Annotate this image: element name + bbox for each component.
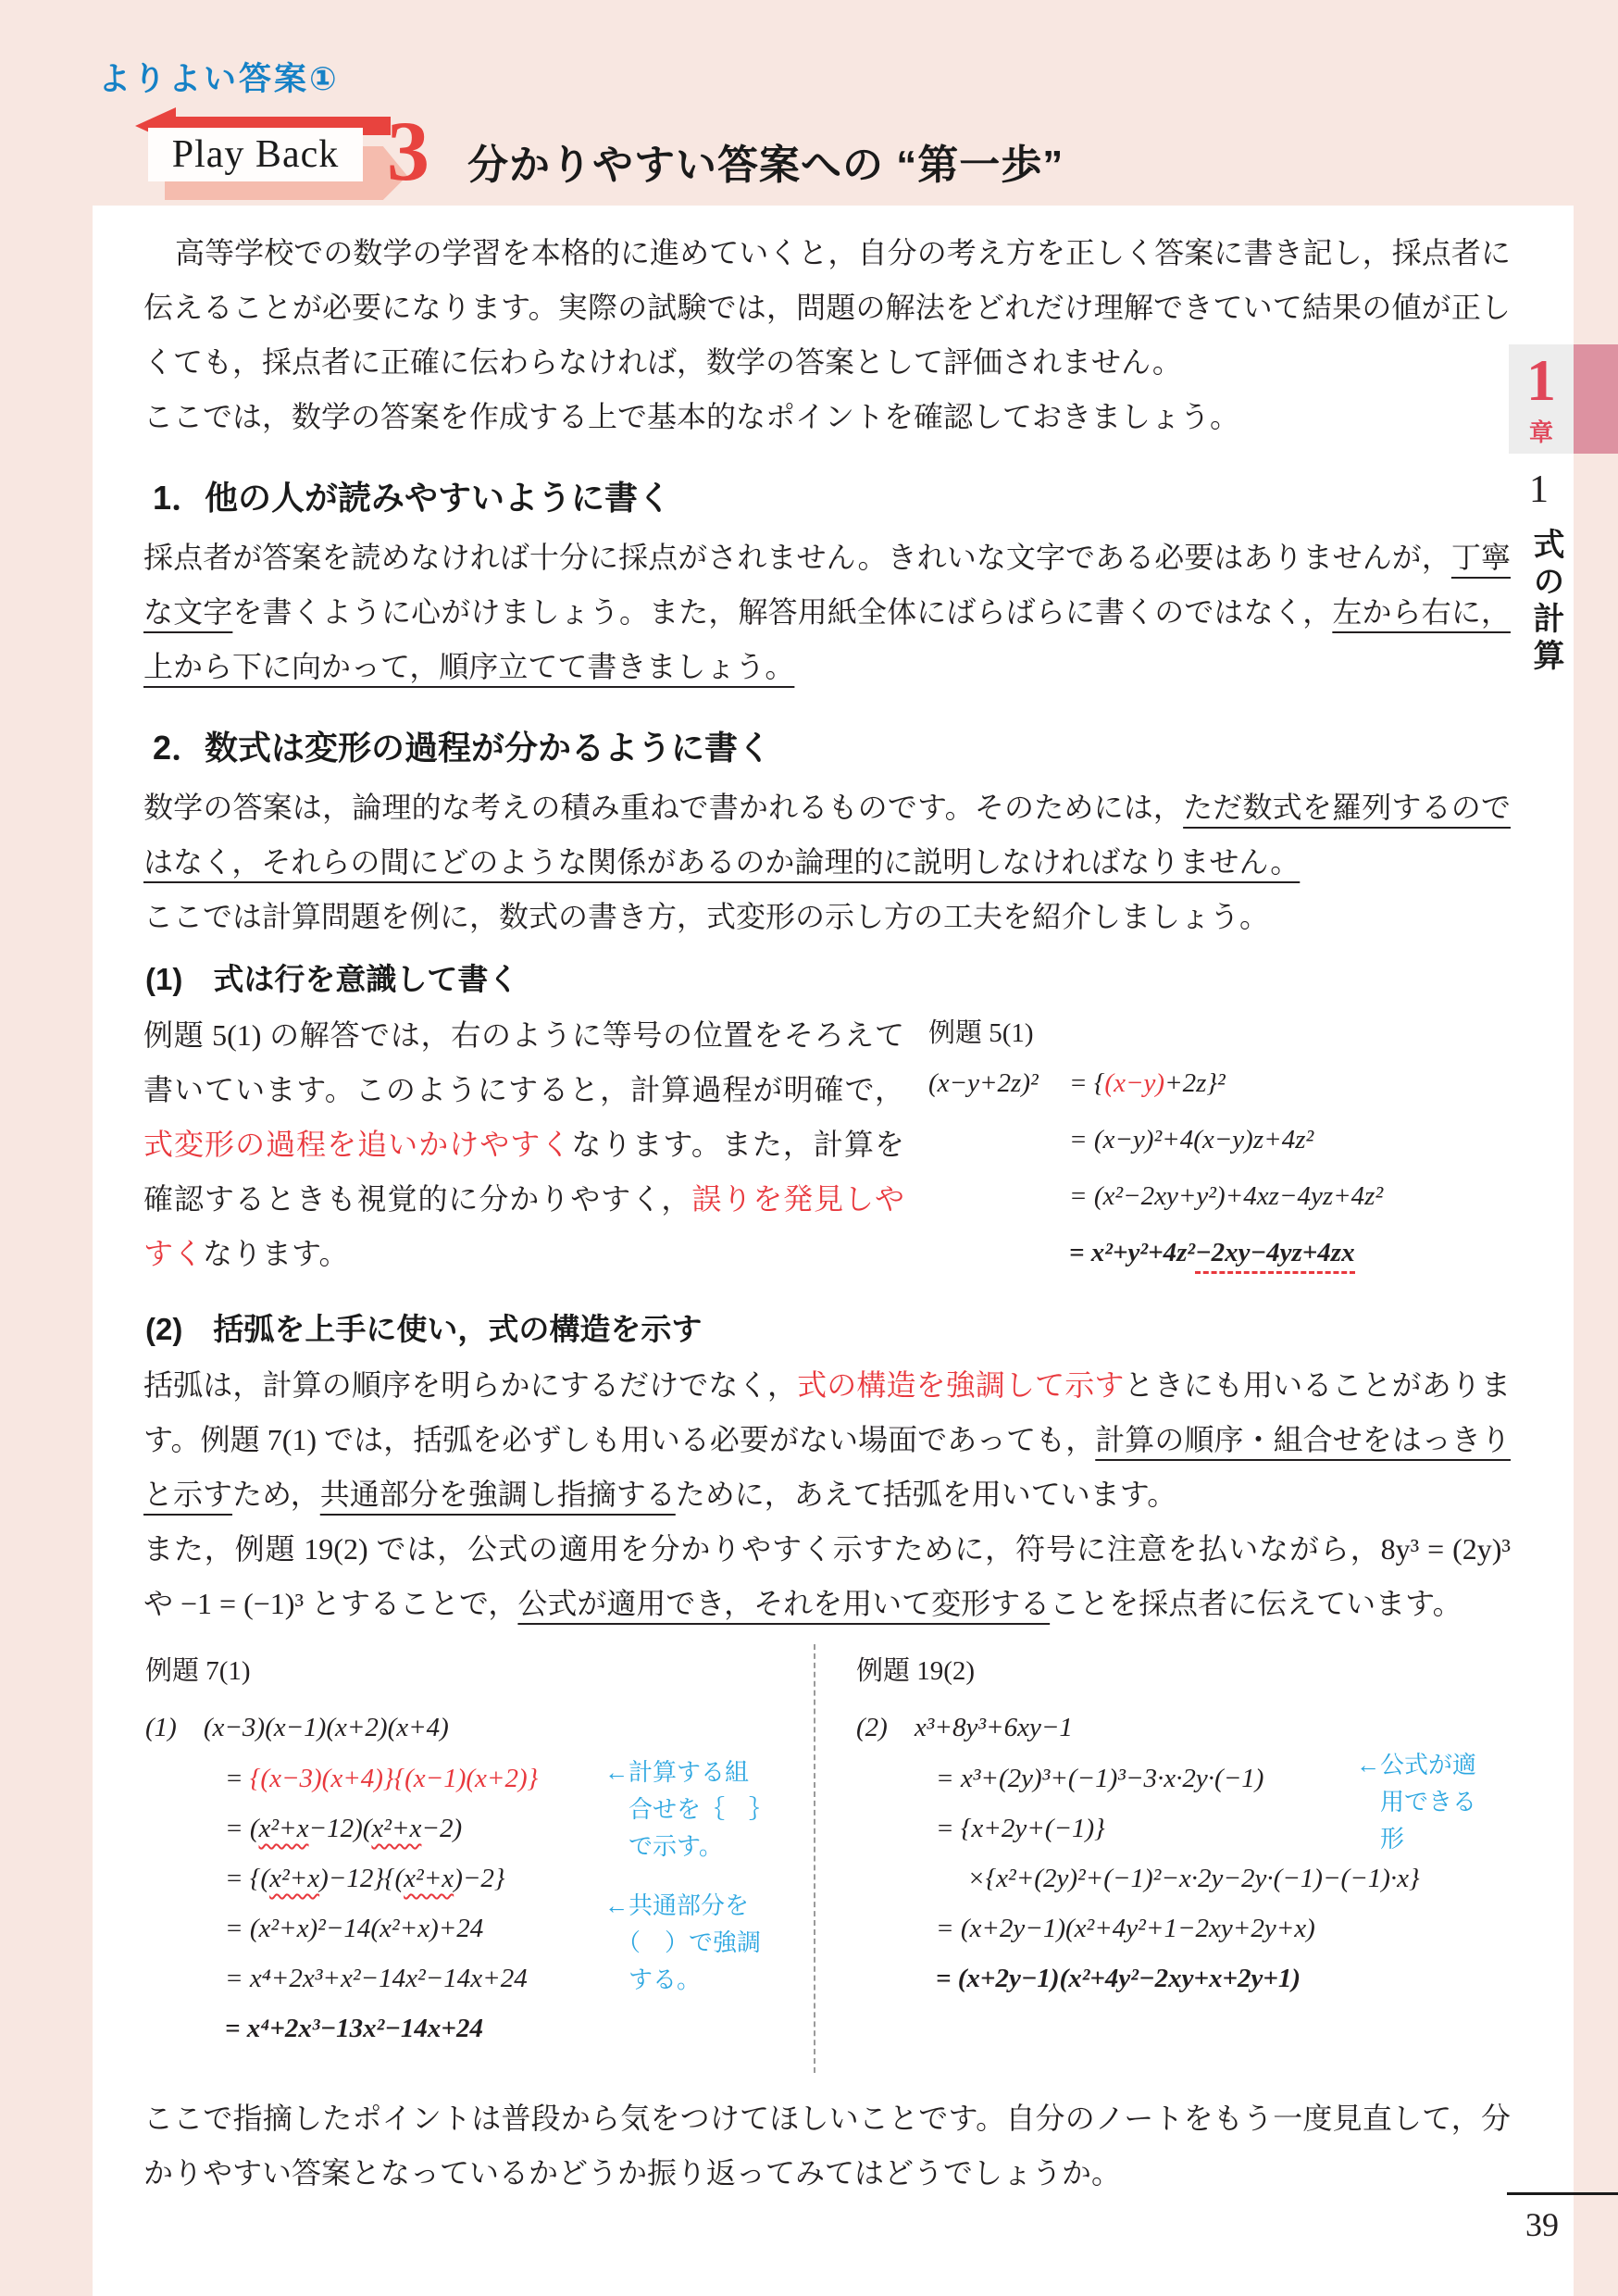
sub-2-body: 括弧は，計算の順序を明らかにするだけでなく，式の構造を強調して示すときにも用いる… [143, 1358, 1511, 1522]
sub-1-body: 例題 5(1) の解答では，右のように等号の位置をそろえて書いています。このよう… [143, 1008, 904, 1294]
example-19-box: 例題 19(2) (2) x³+8y³+6xy−1= x³+(2y)³+(−1)… [815, 1644, 1511, 2073]
page-number: 39 [1525, 2205, 1559, 2244]
example-19-note-formula: ←公式が適 用できる 形 [1356, 1746, 1476, 1857]
example-19-label: 例題 19(2) [856, 1650, 1511, 1688]
example-5-label: 例題 5(1) [928, 1012, 1511, 1050]
section-title-vertical: 式の計算 [1524, 528, 1569, 676]
header-eyebrow: よりよい答案① [98, 54, 340, 100]
chapter-tab: 1 章 [1509, 344, 1574, 454]
example-7-note-braces: ←計算する組 合せを｛ ｝ で示す。 [604, 1753, 773, 1865]
sub-1-heading: (1) 式は行を意識して書く [145, 955, 1511, 999]
example-7-note-parens: ←共通部分を （ ）で強調 する。 [604, 1887, 761, 1998]
sub-2-paragraph-2: また，例題 19(2) では，公式の適用を分かりやすく示すために，符号に注意を払… [143, 1522, 1511, 1631]
intro-paragraph-1: 高等学校での数学の学習を本格的に進めていくと，自分の考え方を正しく答案に書き記し… [143, 226, 1511, 390]
sub-2-heading: (2) 括弧を上手に使い，式の構造を示す [145, 1305, 1511, 1349]
examples-row: 例題 7(1) (1) (x−3)(x−1)(x+2)(x+4)= {(x−3)… [143, 1644, 1511, 2073]
example-5-box: 例題 5(1) (x−y+2z)²= {(x−y)+2z}²= (x−y)²+4… [928, 1008, 1511, 1294]
section-2-heading: 2．数式は変形の過程が分かるように書く [153, 722, 1511, 769]
page-number-rule [1507, 2192, 1618, 2195]
section-2-body: 数学の答案は，論理的な考えの積み重ねで書かれるものです。そのためには，ただ数式を… [143, 780, 1511, 890]
section-number: 1 [1529, 468, 1549, 512]
example-7-label: 例題 7(1) [145, 1650, 797, 1688]
playback-badge-label: Play Back [148, 128, 363, 181]
chapter-tab-rose [1574, 344, 1618, 454]
content-panel: 高等学校での数学の学習を本格的に進めていくと，自分の考え方を正しく答案に書き記し… [93, 206, 1574, 2296]
chapter-number: 1 [1526, 351, 1556, 410]
sub-1-row: 例題 5(1) の解答では，右のように等号の位置をそろえて書いています。このよう… [143, 1008, 1511, 1294]
intro-paragraph-2: ここでは，数学の答案を作成する上で基本的なポイントを確認しておきましょう。 [143, 390, 1511, 444]
example-7-box: 例題 7(1) (1) (x−3)(x−1)(x+2)(x+4)= {(x−3)… [143, 1644, 815, 2073]
page-title: 分かりやすい答案への “第一歩” [467, 131, 1064, 191]
section-1-body: 採点者が答案を読めなければ十分に採点がされません。きれいな文字である必要はありま… [143, 530, 1511, 694]
chapter-suffix: 章 [1529, 414, 1553, 448]
example-5-equations: (x−y+2z)²= {(x−y)+2z}²= (x−y)²+4(x−y)z+4… [928, 1068, 1511, 1268]
closing-paragraph: ここで指摘したポイントは普段から気をつけてほしいことです。自分のノートをもう一度… [143, 2091, 1511, 2201]
playback-number: 3 [387, 102, 429, 200]
section-2-paragraph-2: ここでは計算問題を例に，数式の書き方，式変形の示し方の工夫を紹介しましょう。 [143, 890, 1511, 944]
section-1-heading: 1．他の人が読みやすいように書く [153, 472, 1511, 519]
